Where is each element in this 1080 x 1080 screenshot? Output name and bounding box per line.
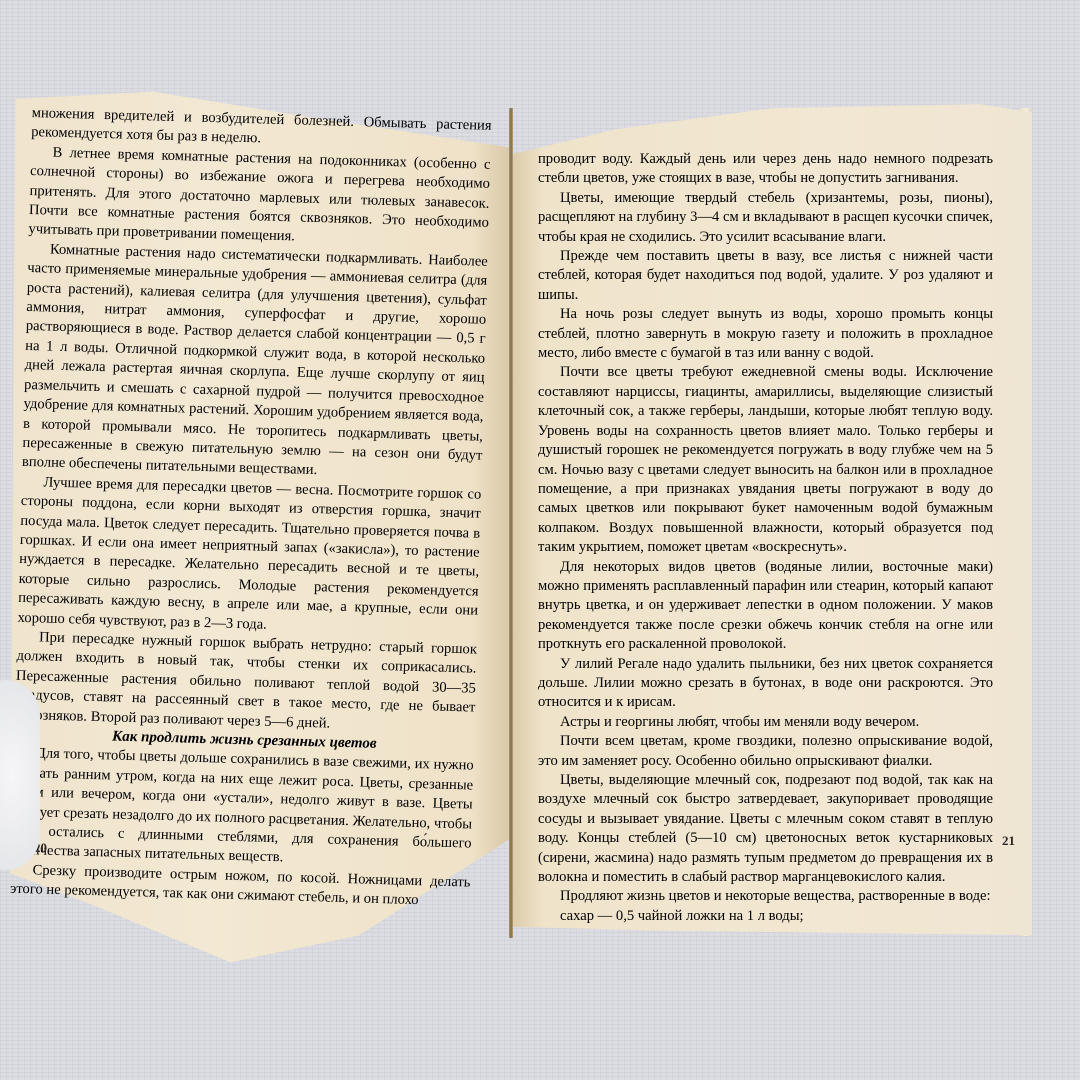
- gloved-thumb: [0, 680, 40, 870]
- paragraph: В летнее время комнатные растения на под…: [28, 143, 491, 253]
- paragraph: При пересадке нужный горшок выбрать нетр…: [15, 628, 478, 738]
- paragraph: Продляют жизнь цветов и некоторые вещест…: [538, 887, 993, 906]
- paragraph: Прежде чем поставить цветы в вазу, все л…: [538, 247, 993, 305]
- left-page-text: множения вредителей и возбудителей болез…: [10, 104, 492, 912]
- book-spine: [509, 108, 513, 938]
- paragraph: Лучшее время для пересадки цветов — весн…: [17, 473, 481, 641]
- paragraph: Цветы, имеющие твердый стебель (хризанте…: [538, 189, 993, 247]
- paragraph: У лилий Регале надо удалить пыльники, бе…: [538, 655, 993, 713]
- paragraph: проводит воду. Каждый день или через ден…: [538, 150, 993, 189]
- paragraph: На ночь розы следует вынуть из воды, хор…: [538, 305, 993, 363]
- paragraph: Комнатные растения надо систематически п…: [22, 240, 488, 486]
- right-page-text: проводит воду. Каждый день или через ден…: [538, 150, 993, 926]
- paragraph: сахар — 0,5 чайной ложки на 1 л воды;: [538, 907, 993, 926]
- paragraph: Почти всем цветам, кроме гвоздики, полез…: [538, 732, 993, 771]
- paragraph: Цветы, выделяющие млечный сок, подрезают…: [538, 771, 993, 887]
- paragraph: Для того, чтобы цветы дольше сохранились…: [11, 744, 474, 873]
- page-number-right: 21: [1002, 833, 1015, 849]
- paragraph: Для некоторых видов цветов (водяные лили…: [538, 558, 993, 655]
- paragraph: Почти все цветы требуют ежедневной смены…: [538, 363, 993, 557]
- paragraph: Астры и георгины любят, чтобы им меняли …: [538, 713, 993, 732]
